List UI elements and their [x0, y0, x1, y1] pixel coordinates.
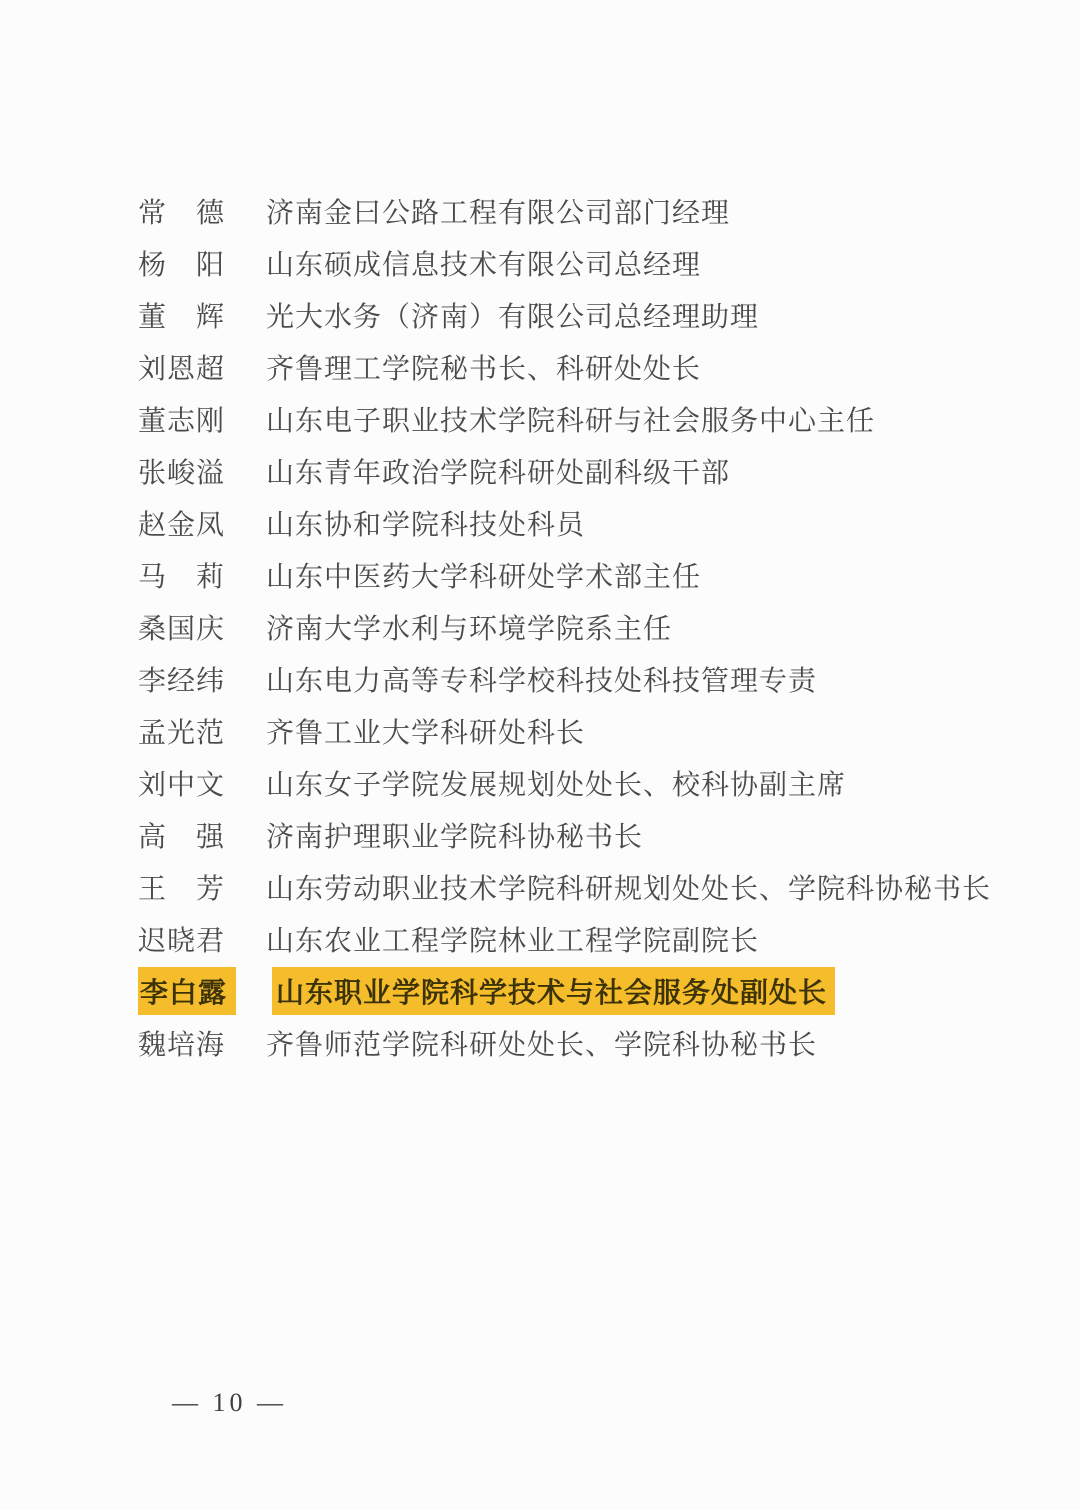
table-row: 董志刚 山东电子职业技术学院科研与社会服务中心主任	[138, 393, 1020, 445]
person-name: 杨 阳	[138, 243, 230, 283]
person-name: 常 德	[138, 191, 230, 231]
person-name: 王 芳	[138, 867, 230, 907]
table-row: 董 辉 光大水务（济南）有限公司总经理助理	[138, 289, 1020, 341]
person-title: 齐鲁工业大学科研处科长	[266, 711, 585, 751]
person-name: 李白露	[138, 967, 236, 1015]
person-name: 迟晓君	[138, 919, 230, 959]
person-name: 孟光范	[138, 711, 230, 751]
person-title: 山东电力高等专科学校科技处科技管理专责	[266, 659, 817, 699]
person-name: 赵金凤	[138, 503, 230, 543]
person-title: 山东电子职业技术学院科研与社会服务中心主任	[266, 399, 875, 439]
person-title: 山东中医药大学科研处学术部主任	[266, 555, 701, 595]
person-name: 刘恩超	[138, 347, 230, 387]
person-name: 高 强	[138, 815, 230, 855]
table-row: 杨 阳 山东硕成信息技术有限公司总经理	[138, 237, 1020, 289]
person-name: 刘中文	[138, 763, 230, 803]
person-title: 光大水务（济南）有限公司总经理助理	[266, 295, 759, 335]
person-title: 济南护理职业学院科协秘书长	[266, 815, 643, 855]
person-name: 李经纬	[138, 659, 230, 699]
person-title: 山东协和学院科技处科员	[266, 503, 585, 543]
person-title: 山东女子学院发展规划处处长、校科协副主席	[266, 763, 846, 803]
table-row: 孟光范 齐鲁工业大学科研处科长	[138, 705, 1020, 757]
table-row: 张峻溢 山东青年政治学院科研处副科级干部	[138, 445, 1020, 497]
person-title: 济南金曰公路工程有限公司部门经理	[266, 191, 730, 231]
table-row: 王 芳 山东劳动职业技术学院科研规划处处长、学院科协秘书长	[138, 861, 1020, 913]
table-row: 刘恩超 齐鲁理工学院秘书长、科研处处长	[138, 341, 1020, 393]
person-title: 山东农业工程学院林业工程学院副院长	[266, 919, 759, 959]
table-row: 常 德 济南金曰公路工程有限公司部门经理	[138, 185, 1020, 237]
person-title: 齐鲁理工学院秘书长、科研处处长	[266, 347, 701, 387]
person-name: 董志刚	[138, 399, 230, 439]
name-title-list: 常 德 济南金曰公路工程有限公司部门经理 杨 阳 山东硕成信息技术有限公司总经理…	[138, 185, 1020, 1069]
page-number: — 10 —	[172, 1388, 287, 1418]
person-title: 济南大学水利与环境学院系主任	[266, 607, 672, 647]
person-name: 马 莉	[138, 555, 230, 595]
person-name: 桑国庆	[138, 607, 230, 647]
person-name: 魏培海	[138, 1023, 230, 1063]
table-row: 魏培海 齐鲁师范学院科研处处长、学院科协秘书长	[138, 1017, 1020, 1069]
table-row: 赵金凤 山东协和学院科技处科员	[138, 497, 1020, 549]
person-title: 齐鲁师范学院科研处处长、学院科协秘书长	[266, 1023, 817, 1063]
table-row: 迟晓君 山东农业工程学院林业工程学院副院长	[138, 913, 1020, 965]
person-title: 山东青年政治学院科研处副科级干部	[266, 451, 730, 491]
table-row: 马 莉 山东中医药大学科研处学术部主任	[138, 549, 1020, 601]
table-row: 高 强 济南护理职业学院科协秘书长	[138, 809, 1020, 861]
table-row: 刘中文 山东女子学院发展规划处处长、校科协副主席	[138, 757, 1020, 809]
table-row: 桑国庆 济南大学水利与环境学院系主任	[138, 601, 1020, 653]
table-row: 李白露 山东职业学院科学技术与社会服务处副处长	[138, 965, 1020, 1017]
table-row: 李经纬 山东电力高等专科学校科技处科技管理专责	[138, 653, 1020, 705]
person-title: 山东职业学院科学技术与社会服务处副处长	[272, 967, 835, 1015]
person-title: 山东硕成信息技术有限公司总经理	[266, 243, 701, 283]
person-title: 山东劳动职业技术学院科研规划处处长、学院科协秘书长	[266, 867, 991, 907]
document-page: 常 德 济南金曰公路工程有限公司部门经理 杨 阳 山东硕成信息技术有限公司总经理…	[0, 0, 1080, 1510]
person-name: 张峻溢	[138, 451, 230, 491]
person-name: 董 辉	[138, 295, 230, 335]
